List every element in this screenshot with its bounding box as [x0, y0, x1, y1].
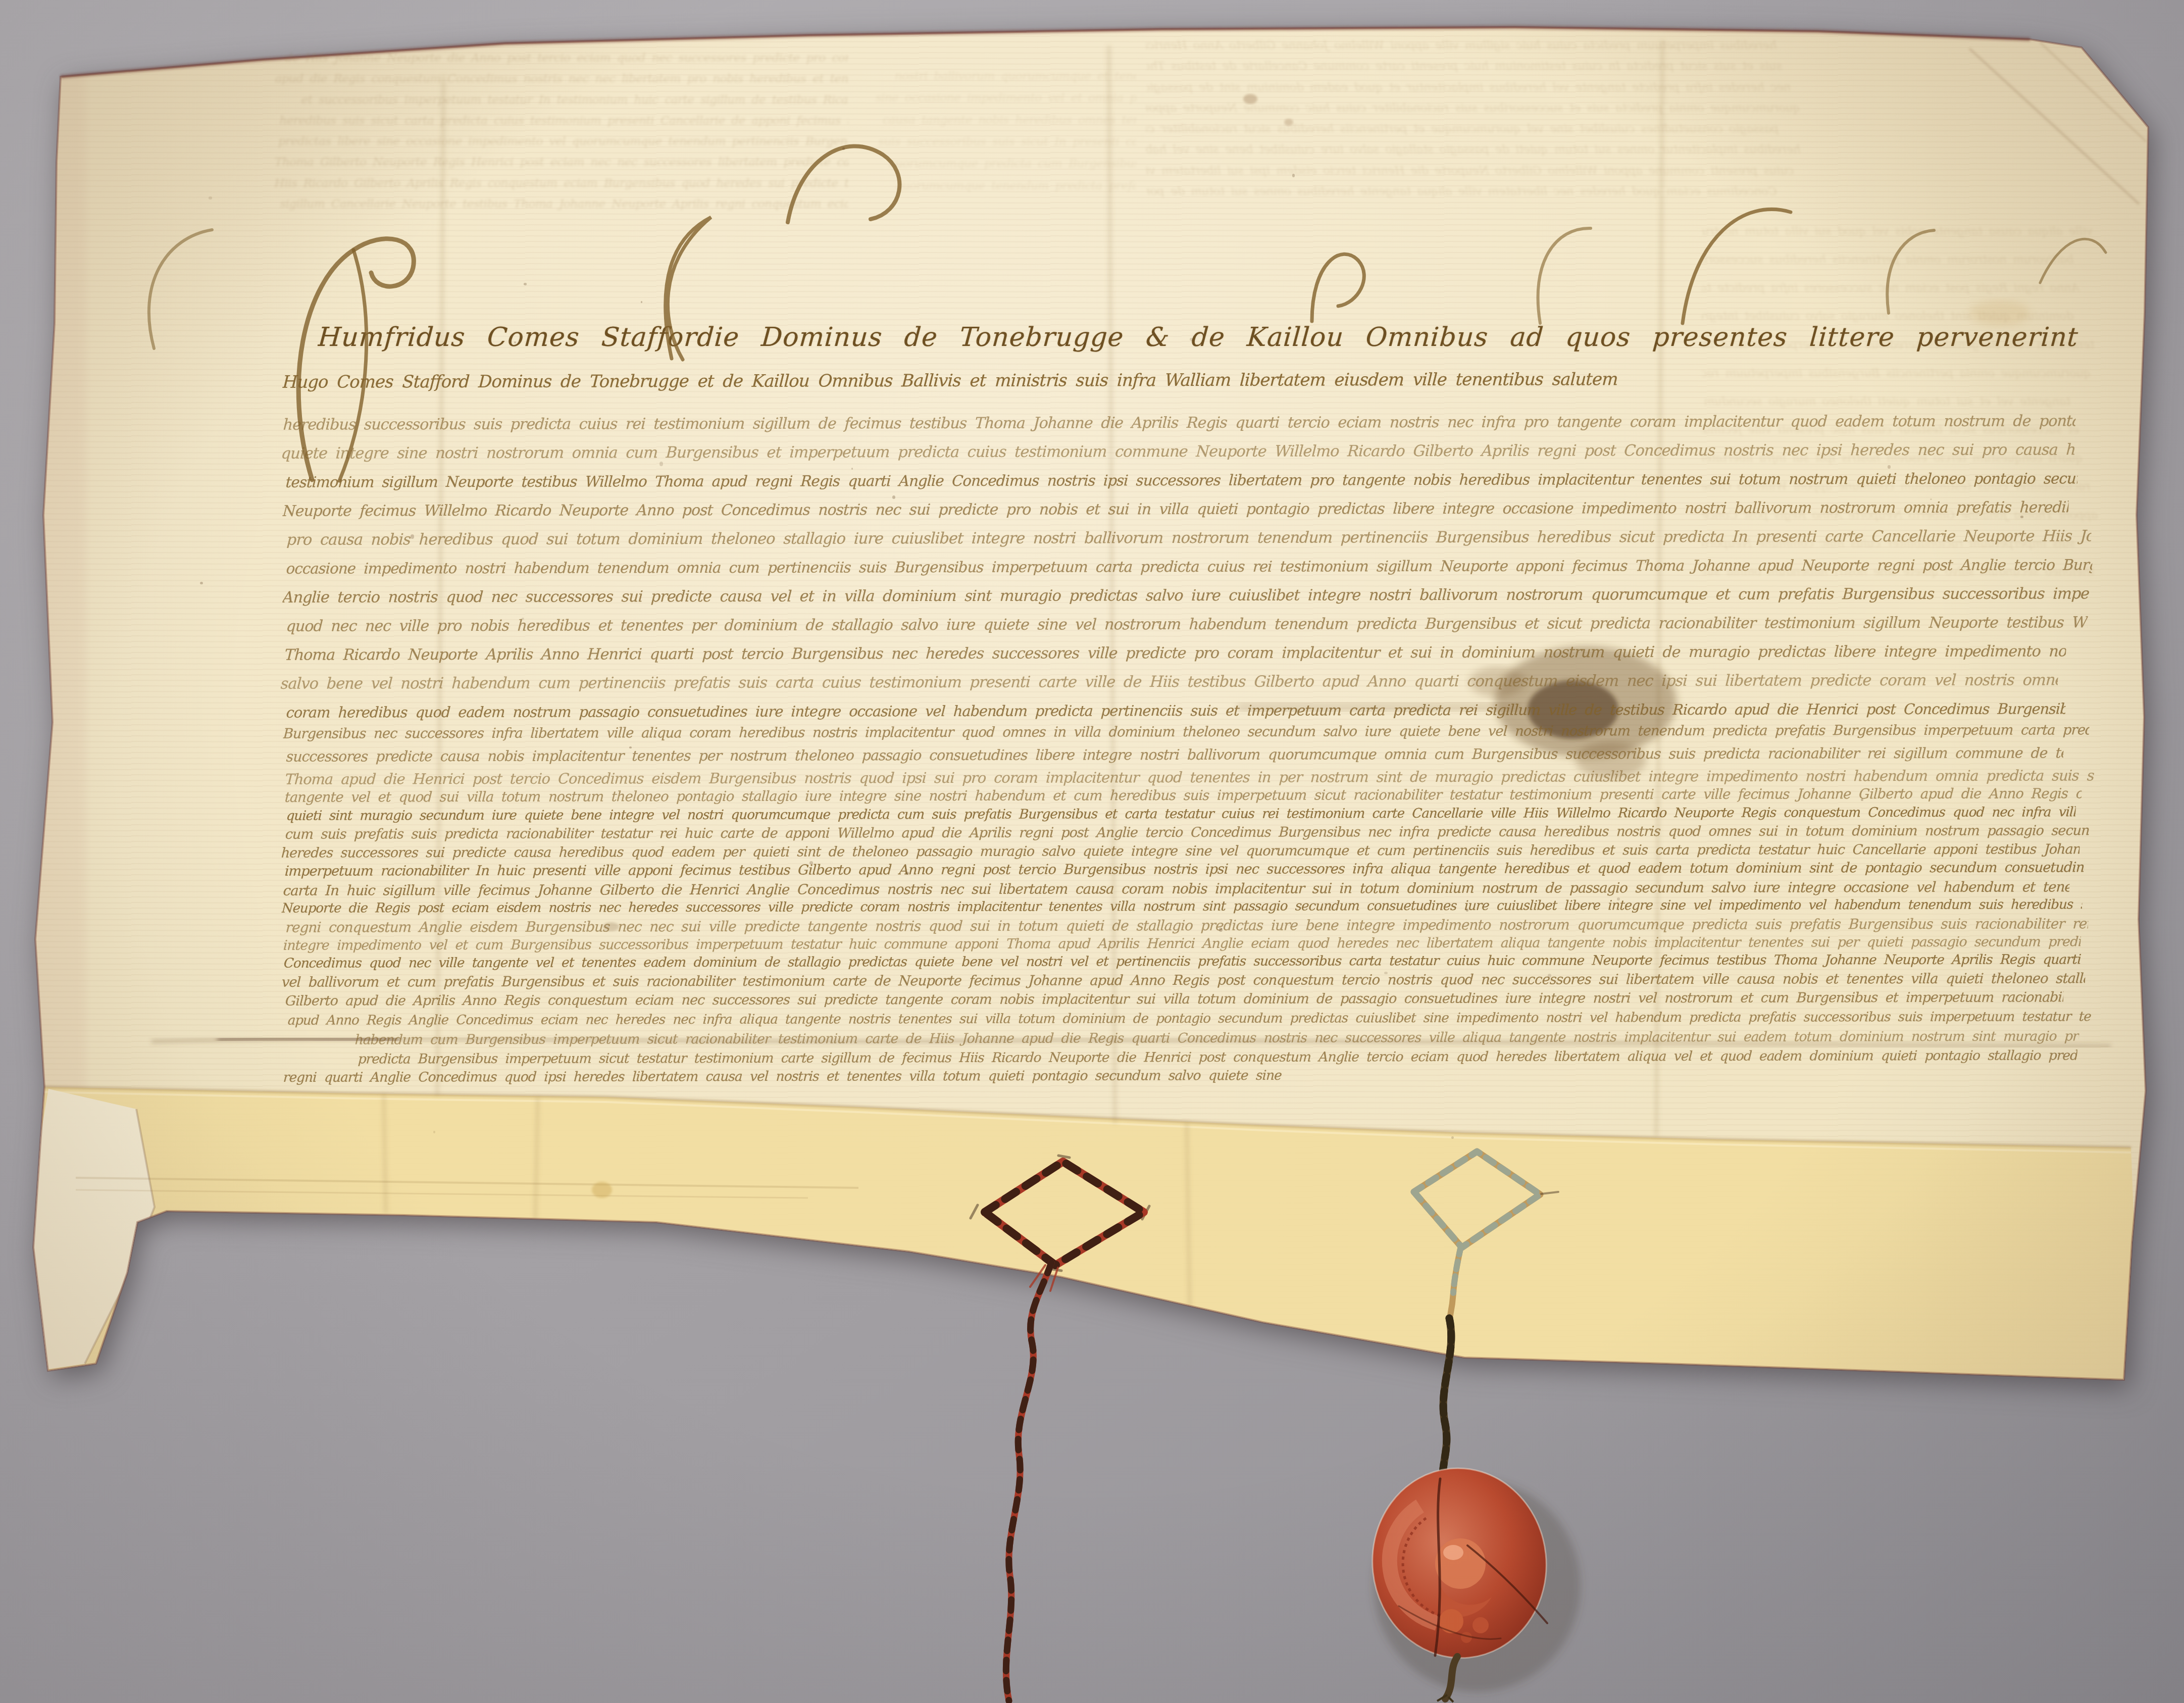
photograph-backdrop: de Hiis Johanne Neuporte die Anno post t… — [0, 0, 2184, 1703]
parchment-graphic — [0, 0, 2184, 1703]
